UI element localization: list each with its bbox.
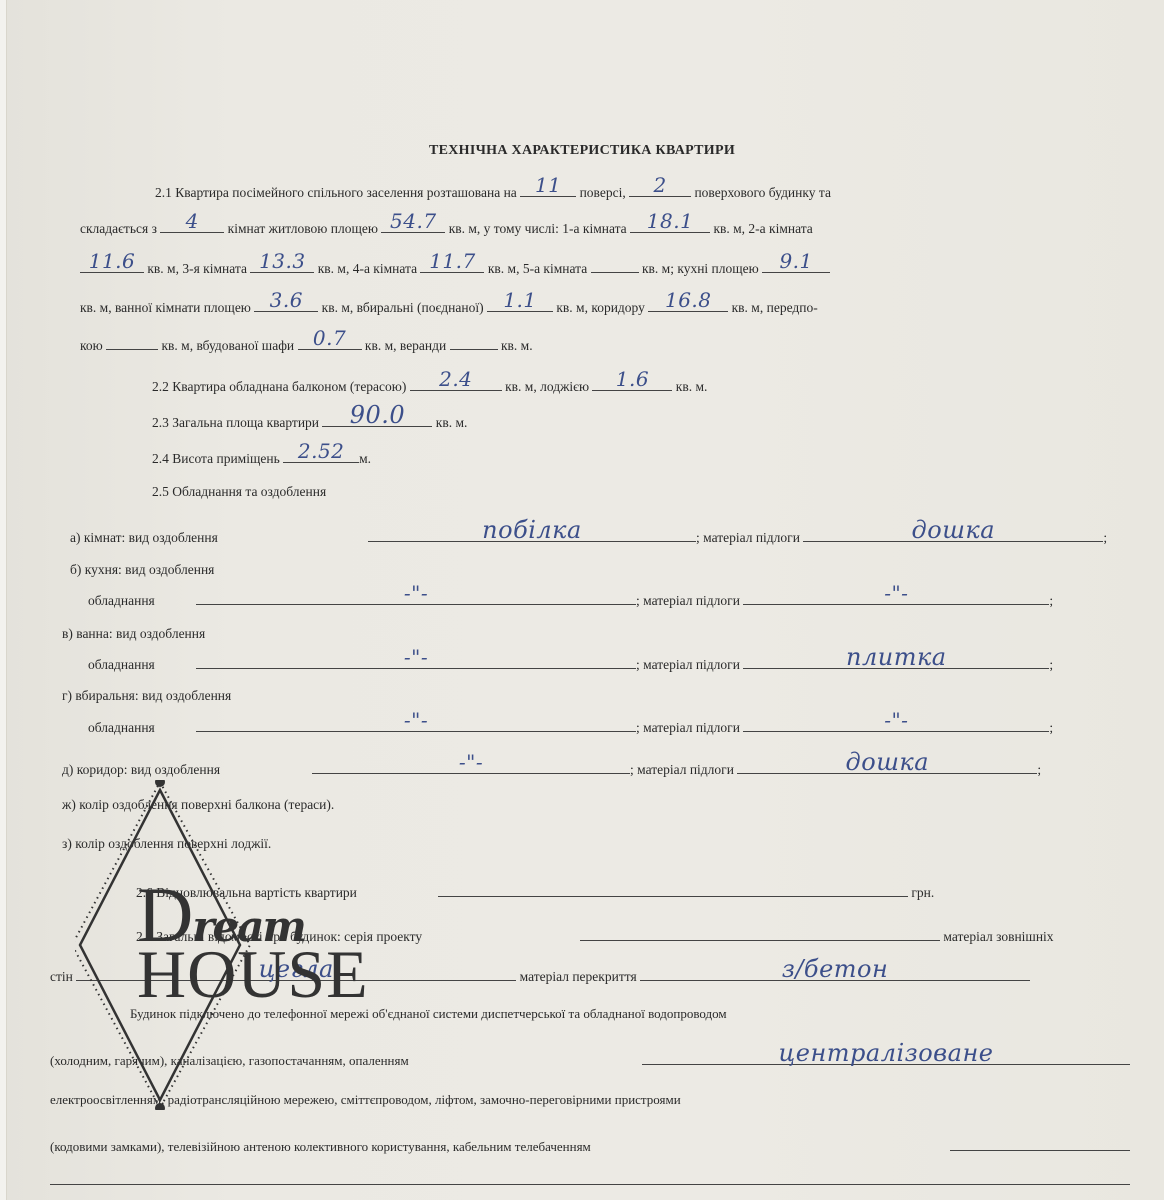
paper-edge (0, 0, 7, 1200)
label: кв. м, ванної кімнати площею (80, 300, 251, 315)
label: складається з (80, 221, 157, 236)
kitchen-value: 9.1 (762, 250, 830, 272)
ceiling-material-value: з/бетон (640, 958, 1030, 980)
label: кв. м, коридору (556, 300, 645, 315)
rooms-floor-field: дошка (803, 523, 1103, 542)
kitchen-floor-field: -"- (743, 586, 1049, 605)
rooms-finish-field: побілка (368, 523, 696, 542)
floor-field: 11 (520, 178, 576, 197)
section-2-1-line-5: кою кв. м, вбудованої шафи 0.7 кв. м, ве… (80, 331, 533, 354)
corridor-field: 16.8 (648, 293, 728, 312)
label: кв. м. (676, 379, 708, 394)
label: обладнання (88, 593, 196, 609)
kitchen-finish-value: -"- (196, 582, 636, 604)
ceiling-material-field: з/бетон (640, 962, 1030, 981)
rooms-finish-value: побілка (368, 519, 696, 541)
label: (холодним, гарячим), каналізацією, газоп… (50, 1053, 642, 1069)
room1-value: 18.1 (630, 210, 710, 232)
section-2-1-line-3: 11.6 кв. м, 3-я кімната 13.3 кв. м, 4-а … (80, 254, 830, 277)
storeys-value: 2 (629, 174, 691, 196)
section-2-2: 2.2 Квартира обладнана балконом (терасою… (152, 372, 707, 395)
label: кв. м, лоджією (505, 379, 589, 394)
loggia-value: 1.6 (592, 368, 672, 390)
bathroom-field: 3.6 (254, 293, 318, 312)
label: а) кімнат: вид оздоблення (70, 530, 368, 546)
rooms-value: 4 (160, 210, 224, 232)
total-area-field: 90.0 (322, 408, 432, 427)
floor-value: 11 (520, 174, 576, 196)
finish-toilet: обладнання-"-; матеріал підлоги -"-; (88, 713, 1053, 736)
closet-value: 0.7 (298, 327, 362, 349)
label: поверсі, (580, 185, 626, 200)
balcony-color: ж) колір оздоблення поверхні балкона (те… (62, 797, 334, 813)
label: 2.2 Квартира обладнана балконом (терасою… (152, 379, 406, 394)
toilet-value: 1.1 (487, 289, 553, 311)
label: (кодовими замками), телевізійною антеною… (50, 1139, 950, 1155)
label: кв. м, 3-я кімната (147, 261, 247, 276)
label: кв. м, 2-а кімната (713, 221, 812, 236)
label: д) коридор: вид оздоблення (62, 762, 312, 778)
kitchen-floor-value: -"- (743, 582, 1049, 604)
loggia-color: з) колір оздоблення поверхні лоджії. (62, 836, 271, 852)
height-field: 2.52 (283, 444, 359, 463)
label: кімнат житловою площею (228, 221, 378, 236)
room4-value: 11.7 (420, 250, 484, 272)
living-area-value: 54.7 (381, 210, 445, 232)
room2-value: 11.6 (80, 250, 144, 272)
blank-line (50, 1184, 1130, 1185)
storeys-field: 2 (629, 178, 691, 197)
corridor-finish-field: -"- (312, 755, 630, 774)
finish-kitchen-label: б) кухня: вид оздоблення (70, 562, 214, 578)
hall-field (106, 331, 158, 350)
height-value: 2.52 (283, 440, 359, 462)
rooms-floor-value: дошка (803, 519, 1103, 541)
label: кв. м, у тому числі: 1-а кімната (449, 221, 627, 236)
label: обладнання (88, 720, 196, 736)
toilet-floor-value: -"- (743, 709, 1049, 731)
label: 2.4 Висота приміщень (152, 451, 280, 466)
bathroom-finish-value: -"- (196, 646, 636, 668)
document-page: ТЕХНІЧНА ХАРАКТЕРИСТИКА КВАРТИРИ 2.1 Ква… (0, 0, 1164, 1200)
label: ; матеріал підлоги (630, 762, 734, 777)
label: 2.3 Загальна площа квартири (152, 415, 319, 430)
utilities-line-2: (холодним, гарячим), каналізацією, газоп… (50, 1046, 1130, 1069)
corridor-floor-value: дошка (737, 751, 1037, 773)
label: кою (80, 338, 103, 353)
label: обладнання (88, 657, 196, 673)
room4-field: 11.7 (420, 254, 484, 273)
kitchen-finish-field: -"- (196, 586, 636, 605)
room3-field: 13.3 (250, 254, 314, 273)
label: 2.1 Квартира посімейного спільного засел… (155, 185, 517, 200)
balcony-value: 2.4 (410, 368, 502, 390)
closet-field: 0.7 (298, 331, 362, 350)
utilities-line-4: (кодовими замками), телевізійною антеною… (50, 1132, 1130, 1155)
total-area-value: 90.0 (322, 404, 432, 426)
section-2-3: 2.3 Загальна площа квартири 90.0 кв. м. (152, 408, 467, 431)
room1-field: 18.1 (630, 214, 710, 233)
label: ; матеріал підлоги (636, 593, 740, 608)
corridor-floor-field: дошка (737, 755, 1037, 774)
section-2-1-line-2: складається з 4 кімнат житловою площею 5… (80, 214, 813, 237)
corridor-value: 16.8 (648, 289, 728, 311)
label: кв. м, 4-а кімната (318, 261, 417, 276)
label: м. (359, 451, 371, 466)
living-area-field: 54.7 (381, 214, 445, 233)
label: матеріал перекриття (520, 969, 637, 984)
finish-kitchen: обладнання-"-; матеріал підлоги -"-; (88, 586, 1053, 609)
label: матеріал зовнішніх (943, 929, 1053, 944)
finish-toilet-label: г) вбиральня: вид оздоблення (62, 688, 231, 704)
heating-value: централізоване (642, 1042, 1130, 1064)
section-2-5-heading: 2.5 Обладнання та оздоблення (152, 484, 326, 500)
toilet-field: 1.1 (487, 293, 553, 312)
replacement-value-field (438, 878, 908, 897)
finish-bathroom: обладнання-"-; матеріал підлоги плитка; (88, 650, 1053, 673)
section-2-1-line-1: 2.1 Квартира посімейного спільного засел… (155, 178, 831, 201)
kitchen-field: 9.1 (762, 254, 830, 273)
balcony-field: 2.4 (410, 372, 502, 391)
label: кв. м, веранди (365, 338, 446, 353)
room2-field: 11.6 (80, 254, 144, 273)
label: кв. м, 5-а кімната (488, 261, 587, 276)
bathroom-finish-field: -"- (196, 650, 636, 669)
section-2-1-line-4: кв. м, ванної кімнати площею 3.6 кв. м, … (80, 293, 818, 316)
label: кв. м, вбудованої шафи (161, 338, 294, 353)
label: кв. м, передпо- (732, 300, 818, 315)
bathroom-floor-value: плитка (743, 646, 1049, 668)
bathroom-value: 3.6 (254, 289, 318, 311)
document-title: ТЕХНІЧНА ХАРАКТЕРИСТИКА КВАРТИРИ (0, 143, 1164, 159)
watermark-house: HOUSE (137, 940, 369, 1008)
cable-tv-field (950, 1132, 1130, 1151)
room3-value: 13.3 (250, 250, 314, 272)
label: кв. м; кухні площею (642, 261, 759, 276)
label: ; матеріал підлоги (636, 657, 740, 672)
label: грн. (911, 885, 934, 900)
project-series-field (580, 922, 940, 941)
toilet-finish-value: -"- (196, 709, 636, 731)
room5-field (591, 254, 639, 273)
finish-bathroom-label: в) ванна: вид оздоблення (62, 626, 205, 642)
bathroom-floor-field: плитка (743, 650, 1049, 669)
finish-rooms: а) кімнат: вид оздобленняпобілка; матері… (70, 523, 1107, 546)
finish-corridor: д) коридор: вид оздоблення-"-; матеріал … (62, 755, 1041, 778)
label: кв. м, вбиральні (поєднаної) (322, 300, 484, 315)
veranda-field (450, 331, 498, 350)
label: ; матеріал підлоги (696, 530, 800, 545)
loggia-field: 1.6 (592, 372, 672, 391)
toilet-floor-field: -"- (743, 713, 1049, 732)
corridor-finish-value: -"- (312, 751, 630, 773)
label: кв. м. (436, 415, 468, 430)
label: поверхового будинку та (694, 185, 830, 200)
rooms-field: 4 (160, 214, 224, 233)
label: стін (50, 969, 73, 984)
utilities-line-3: електроосвітленням, радіотрансляційною м… (50, 1092, 681, 1108)
section-2-4: 2.4 Висота приміщень 2.52м. (152, 444, 371, 467)
toilet-finish-field: -"- (196, 713, 636, 732)
label: ; матеріал підлоги (636, 720, 740, 735)
heating-field: централізоване (642, 1046, 1130, 1065)
label: кв. м. (501, 338, 533, 353)
